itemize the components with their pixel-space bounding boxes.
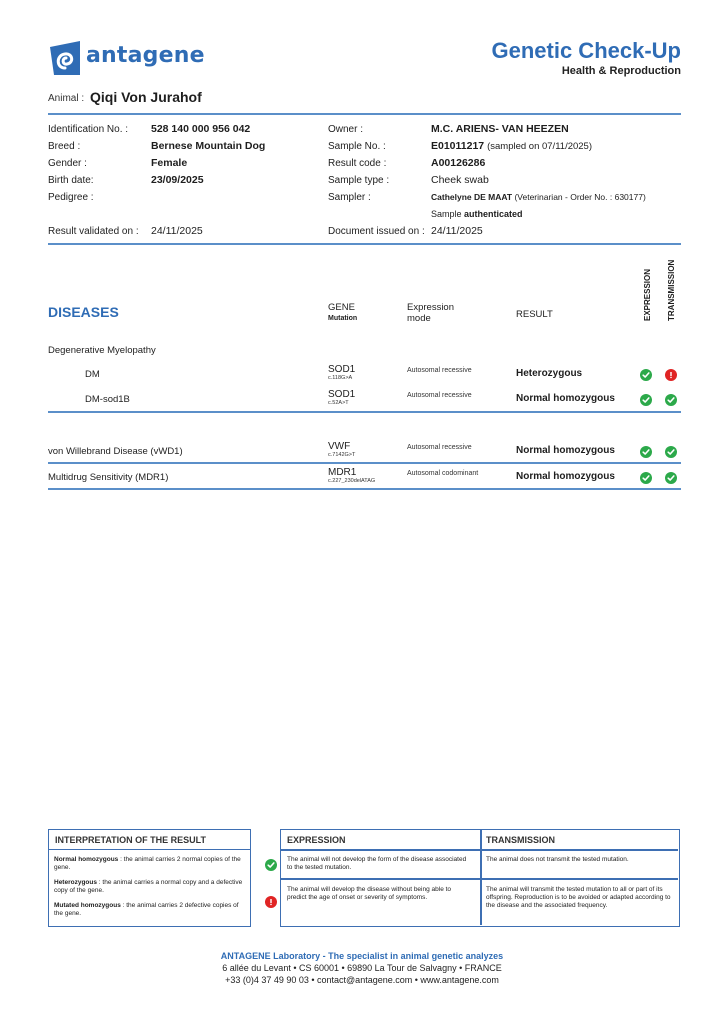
sample-type-label: Sample type : — [328, 175, 389, 186]
sample-authenticated: Sample authenticated — [431, 209, 523, 219]
check-icon — [640, 472, 652, 484]
issued-label: Document issued on : — [328, 226, 425, 237]
sample-no-value: E01011217 — [431, 140, 484, 152]
gender-value: Female — [151, 157, 187, 169]
brand-name: antagene — [86, 43, 205, 68]
owner-label: Owner : — [328, 124, 363, 135]
result-value: Heterozygous — [516, 368, 582, 379]
expression-alert-text: The animal will develop the disease with… — [287, 886, 472, 902]
gene-cell: VWFc.7142G>T — [328, 442, 355, 458]
id-label: Identification No. : — [48, 124, 128, 135]
transmission-title: TRANSMISSION — [486, 835, 555, 845]
interpretation-normal: Normal homozygous : the animal carries 2… — [54, 856, 245, 872]
header-expression-vertical: EXPRESSION — [643, 269, 652, 321]
row-divider-3 — [48, 488, 681, 490]
term-normal: Normal homozygous — [54, 856, 118, 863]
document-subtitle: Health & Reproduction — [562, 65, 681, 77]
check-icon — [265, 859, 277, 871]
check-icon — [640, 446, 652, 458]
gene-cell: SOD1c.118G>A — [328, 365, 355, 381]
sample-no-label: Sample No. : — [328, 141, 386, 152]
antagene-logo: antagene — [48, 41, 202, 75]
header-gene: GENE Mutation — [328, 302, 357, 324]
pedigree-label: Pedigree : — [48, 192, 94, 203]
sampler: Cathelyne DE MAAT (Veterinarian - Order … — [431, 192, 646, 202]
validated-label: Result validated on : — [48, 226, 139, 237]
row-divider — [281, 878, 678, 880]
mutation: c.52A>T — [328, 400, 355, 406]
footer-contact: +33 (0)4 37 49 90 03 • contact@antagene.… — [0, 975, 724, 985]
alert-icon — [665, 369, 677, 381]
result-value: Normal homozygous — [516, 393, 615, 404]
gene-name: SOD1 — [328, 390, 355, 400]
info-divider — [48, 243, 681, 245]
breed-value: Bernese Mountain Dog — [151, 140, 265, 152]
interpretation-box: INTERPRETATION OF THE RESULT Normal homo… — [48, 829, 251, 927]
transmission-ok-text: The animal does not transmit the tested … — [486, 856, 674, 864]
footer: ANTAGENE Laboratory - The specialist in … — [0, 951, 724, 985]
sample-date-note: (sampled on 07/11/2025) — [487, 141, 592, 152]
id-value: 528 140 000 956 042 — [151, 123, 250, 135]
interpretation-body: Normal homozygous : the animal carries 2… — [49, 850, 250, 918]
expression-title: EXPRESSION — [287, 835, 346, 845]
birth-date-label: Birth date: — [48, 175, 94, 186]
result-value: Normal homozygous — [516, 471, 615, 482]
breed-label: Breed : — [48, 141, 80, 152]
disease-name: von Willebrand Disease (vWD1) — [48, 446, 183, 457]
authenticated-value: authenticated — [464, 209, 523, 219]
expression-ok-text: The animal will not develop the form of … — [287, 856, 467, 872]
header-divider — [48, 113, 681, 115]
header-expression-mode: Expression mode — [407, 302, 454, 324]
disease-name: Multidrug Sensitivity (MDR1) — [48, 472, 168, 483]
header-gene-label: GENE — [328, 302, 357, 313]
document-title: Genetic Check-Up — [492, 38, 682, 64]
header-mode-line1: Expression — [407, 302, 454, 313]
head-divider — [281, 849, 678, 851]
result-code-value: A00126286 — [431, 157, 485, 169]
transmission-alert-text: The animal will transmit the tested muta… — [486, 886, 674, 910]
gender-label: Gender : — [48, 158, 87, 169]
row-divider-1 — [48, 411, 681, 413]
term-mutated: Mutated homozygous — [54, 902, 121, 909]
disease-name: DM-sod1B — [85, 394, 130, 405]
section-title-diseases: DISEASES — [48, 304, 119, 320]
term-heterozygous: Heterozygous — [54, 879, 97, 886]
gene-name: SOD1 — [328, 365, 355, 375]
sample-type-value: Cheek swab — [431, 174, 489, 186]
issued-value: 24/11/2025 — [431, 225, 483, 237]
expression-mode: Autosomal recessive — [407, 444, 472, 451]
header-transmission-vertical: TRANSMISSION — [667, 260, 676, 321]
result-value: Normal homozygous — [516, 445, 615, 456]
mutation: c.7142G>T — [328, 452, 355, 458]
interpretation-heterozygous: Heterozygous : the animal carries a norm… — [54, 879, 245, 895]
row-divider-2 — [48, 462, 681, 464]
result-code-label: Result code : — [328, 158, 386, 169]
check-icon — [640, 394, 652, 406]
validated-value: 24/11/2025 — [151, 225, 203, 237]
authenticated-prefix: Sample — [431, 209, 464, 219]
sampler-note: (Veterinarian - Order No. : 630177) — [514, 192, 645, 202]
expression-mode: Autosomal codominant — [407, 470, 478, 477]
check-icon — [665, 394, 677, 406]
gene-name: VWF — [328, 442, 355, 452]
check-icon — [665, 472, 677, 484]
header-mode-line2: mode — [407, 313, 454, 324]
expression-mode: Autosomal recessive — [407, 367, 472, 374]
sample-no: E01011217 (sampled on 07/11/2025) — [431, 140, 592, 152]
mutation: c.118G>A — [328, 375, 355, 381]
sampler-name: Cathelyne DE MAAT — [431, 192, 512, 202]
animal-label: Animal : — [48, 93, 84, 104]
alert-icon — [265, 896, 277, 908]
gene-name: MDR1 — [328, 468, 375, 478]
check-icon — [640, 369, 652, 381]
group-degenerative-myelopathy: Degenerative Myelopathy — [48, 345, 156, 356]
interpretation-title: INTERPRETATION OF THE RESULT — [49, 830, 250, 850]
header-mutation-label: Mutation — [328, 313, 357, 324]
check-icon — [665, 446, 677, 458]
expression-transmission-box: EXPRESSION TRANSMISSION The animal will … — [280, 829, 680, 927]
header-result: RESULT — [516, 309, 553, 320]
animal-name: Qiqi Von Jurahof — [90, 89, 202, 105]
footer-address: 6 allée du Levant • CS 60001 • 69890 La … — [0, 963, 724, 973]
logo-swirl-icon — [48, 41, 82, 75]
sampler-label: Sampler : — [328, 192, 371, 203]
gene-cell: MDR1c.227_230delATAG — [328, 468, 375, 484]
owner-value: M.C. ARIENS- VAN HEEZEN — [431, 123, 569, 135]
disease-name: DM — [85, 369, 100, 380]
gene-cell: SOD1c.52A>T — [328, 390, 355, 406]
interpretation-mutated: Mutated homozygous : the animal carries … — [54, 902, 245, 918]
footer-lab: ANTAGENE Laboratory - The specialist in … — [0, 951, 724, 961]
expression-mode: Autosomal recessive — [407, 392, 472, 399]
mutation: c.227_230delATAG — [328, 478, 375, 484]
birth-date-value: 23/09/2025 — [151, 174, 204, 186]
